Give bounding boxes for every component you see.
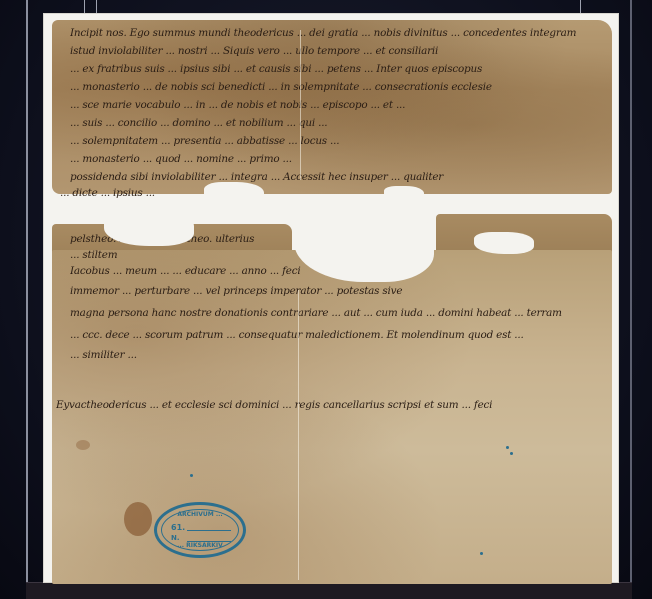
fold-crease xyxy=(300,30,301,180)
stamp-middle: N. xyxy=(171,534,180,542)
charter-line: ... ex fratribus suis ... ipsius sibi ..… xyxy=(70,62,598,76)
charter-line: Incipit nos. Ego summus mundi theodericu… xyxy=(70,26,598,40)
ink-spot xyxy=(480,552,483,555)
charter-line: magna persona hanc nostre donationis con… xyxy=(70,306,598,320)
stamp-top-text: ARCHIVUM ... xyxy=(157,511,243,518)
missing-area xyxy=(104,210,194,246)
charter-line: istud inviolabiliter ... nostri ... Siqu… xyxy=(70,44,598,58)
charter-line: ... monasterio ... de nobis sci benedict… xyxy=(70,80,598,94)
tear xyxy=(384,186,424,202)
ink-spot xyxy=(510,452,513,455)
stamp-number: 61. xyxy=(171,523,185,532)
stain xyxy=(124,502,152,536)
subscription-line: Eyvactheodericus ... et ecclesie sci dom… xyxy=(56,398,598,412)
ink-spot xyxy=(506,446,509,449)
missing-area xyxy=(474,232,534,254)
charter-line: immemor ... perturbare ... vel princeps … xyxy=(70,284,598,298)
ink-spot xyxy=(190,474,193,477)
fold-crease xyxy=(298,290,299,580)
charter-line: ... monasterio ... quod ... nomine ... p… xyxy=(70,152,598,166)
charter-line: ... dicte ... ipsius ... xyxy=(60,186,598,200)
charter-upper-section: Incipit nos. Ego summus mundi theodericu… xyxy=(52,20,612,194)
stain xyxy=(76,440,90,450)
charter-line: ... suis ... concilio ... domino ... et … xyxy=(70,116,598,130)
charter-line: ... similiter ... xyxy=(70,348,598,362)
stamp-bottom-text: ... RIKSARKIV xyxy=(157,542,243,549)
archive-stamp: ARCHIVUM ... 61. N. ... RIKSARKIV xyxy=(154,502,246,558)
charter-line: ... sce marie vocabulo ... in ... de nob… xyxy=(70,98,598,112)
charter-line: possidenda sibi inviolabiliter ... integ… xyxy=(70,170,598,184)
charter-lower-section: pelstheo. Ista ... ... pelstheo. ulteriu… xyxy=(52,250,612,584)
charter-line: ... solempnitatem ... presentia ... abba… xyxy=(70,134,598,148)
missing-area xyxy=(294,202,434,282)
white-mount: Incipit nos. Ego summus mundi theodericu… xyxy=(44,14,618,582)
tear xyxy=(204,182,264,206)
charter-line: ... ccc. dece ... scorum patrum ... cons… xyxy=(70,328,598,342)
